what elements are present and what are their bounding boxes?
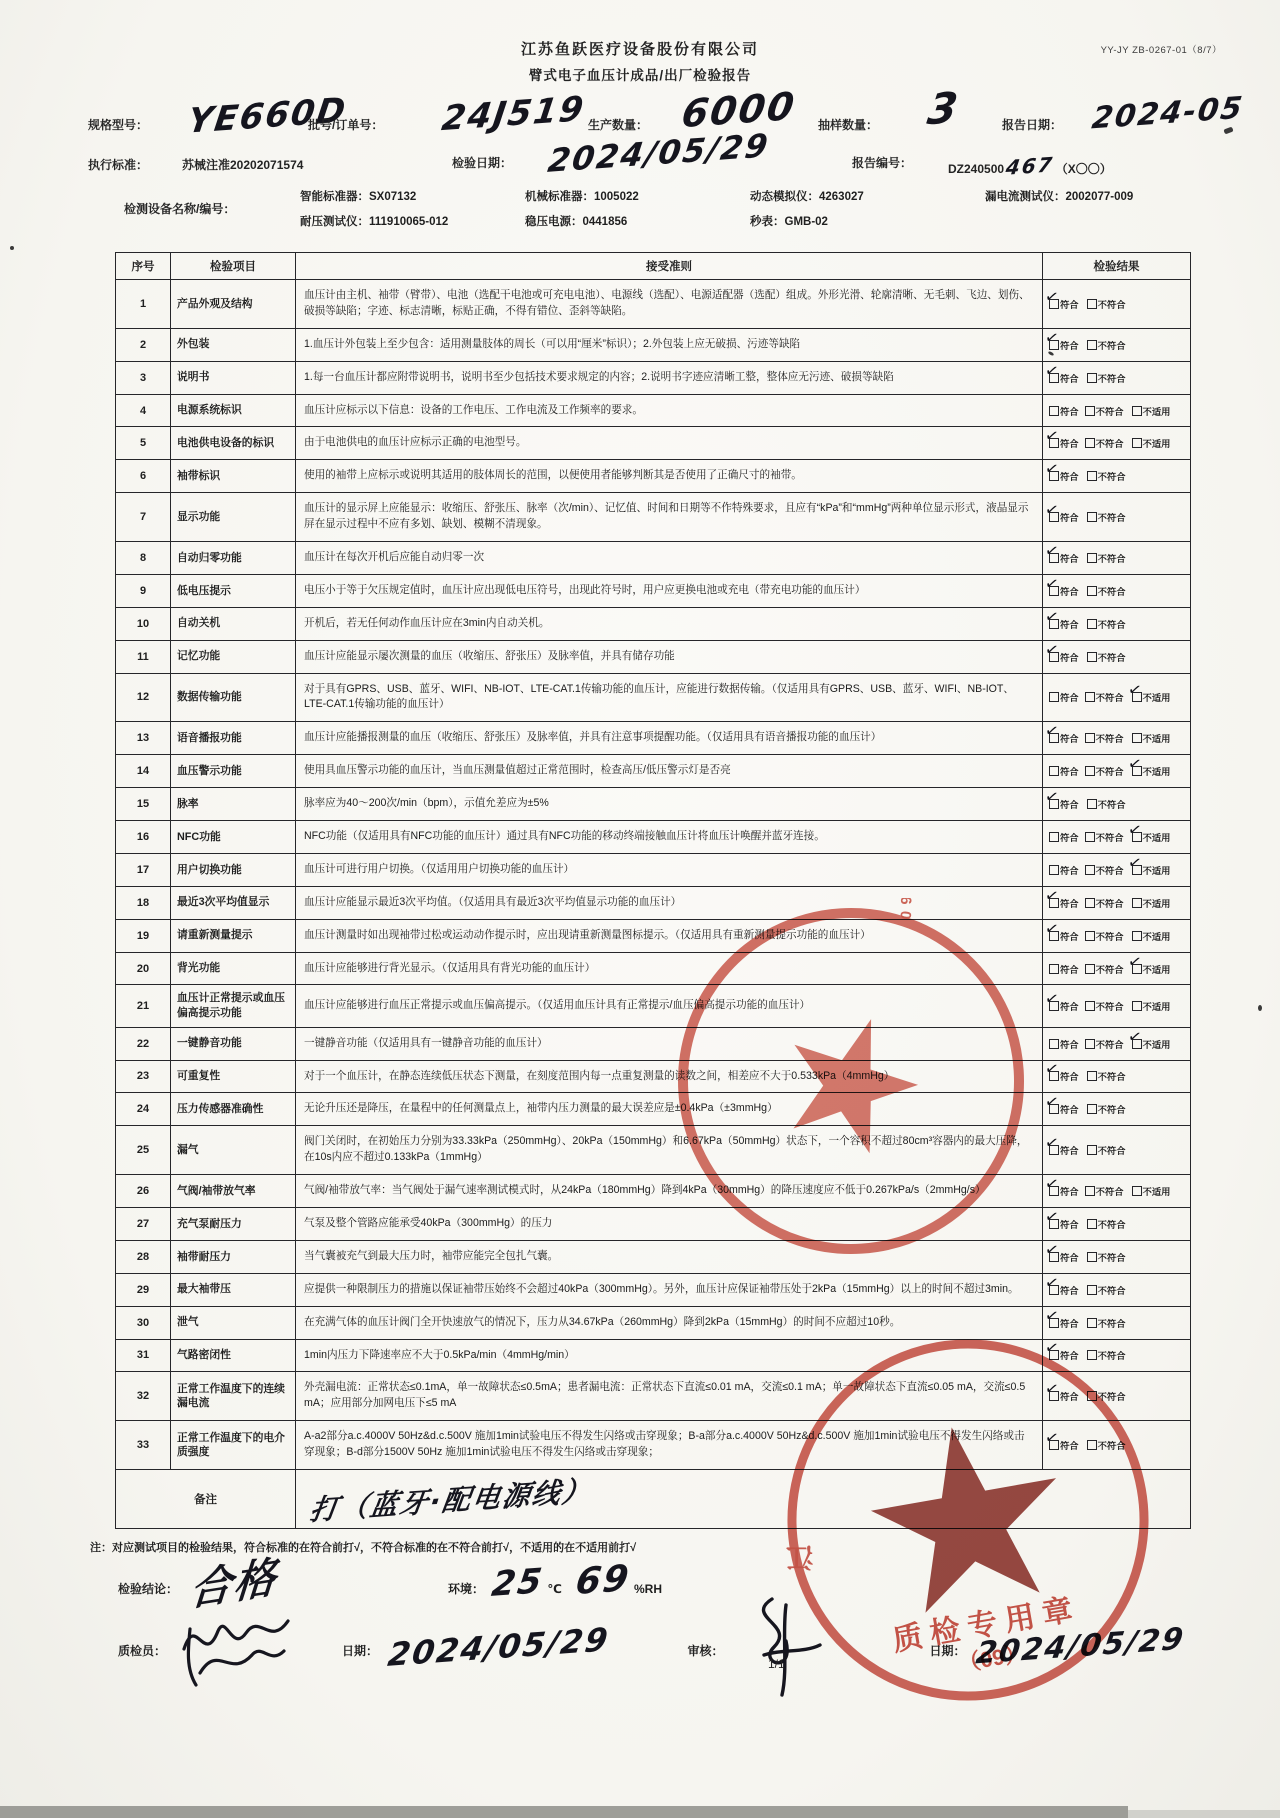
checkbox-box-icon[interactable] <box>1087 373 1097 383</box>
checkbox-符合[interactable]: ✓符合 <box>1049 1217 1079 1231</box>
checkbox-box-icon[interactable] <box>1085 832 1095 842</box>
checkbox-符合[interactable]: ✓符合 <box>1049 929 1079 943</box>
row-seq: 17 <box>116 853 171 886</box>
checkbox-box-icon[interactable] <box>1087 1104 1097 1114</box>
checkbox-不符合[interactable]: 不符合 <box>1085 1037 1124 1051</box>
header-seq: 序号 <box>116 253 171 280</box>
checkbox-不符合[interactable]: 不符合 <box>1087 338 1126 352</box>
checkbox-label: 不符合 <box>1098 371 1126 385</box>
checkbox-box-icon[interactable] <box>1085 898 1095 908</box>
equipment-item: 漏电流测试仪：2002077-009 <box>985 188 1133 204</box>
checkbox-label: 不符合 <box>1096 1184 1124 1198</box>
checkbox-label: 符合 <box>1060 1069 1079 1083</box>
qty-value: 6000 <box>682 88 796 132</box>
table-row: 32正常工作温度下的连续漏电流外壳漏电流：正常状态≤0.1mA，单一故障状态≤0… <box>116 1372 1191 1421</box>
equipment-item: 动态模拟仪：4263027 <box>750 188 985 204</box>
checkbox-符合[interactable]: ✓符合 <box>1049 896 1079 910</box>
checkbox-不符合[interactable]: 不符合 <box>1087 1069 1126 1083</box>
row-seq: 21 <box>116 985 171 1027</box>
checkbox-不适用[interactable]: 不适用 <box>1132 896 1171 910</box>
inspection-item: 压力传感器准确性 <box>171 1093 296 1126</box>
checkbox-label: 符合 <box>1060 404 1079 418</box>
checkbox-box-icon[interactable] <box>1087 471 1097 481</box>
row-seq: 27 <box>116 1207 171 1240</box>
checkbox-box-icon[interactable] <box>1132 1001 1142 1011</box>
report-title: 臂式电子血压计成品/出厂检验报告 <box>0 64 1280 84</box>
checkbox-不符合[interactable]: 不符合 <box>1087 1316 1126 1330</box>
checkbox-不适用[interactable]: 不适用 <box>1132 731 1171 745</box>
checkbox-不适用[interactable]: ✓不适用 <box>1132 764 1171 778</box>
checkbox-label: 不符合 <box>1098 797 1126 811</box>
checkbox-符合[interactable]: ✓符合 <box>1049 1348 1079 1362</box>
checkbox-label: 不适用 <box>1143 863 1171 877</box>
checkbox-box-icon[interactable] <box>1087 1219 1097 1229</box>
row-seq: 7 <box>116 493 171 542</box>
checkbox-符合[interactable]: ✓符合 <box>1049 1438 1079 1452</box>
checkbox-不符合[interactable]: 不符合 <box>1087 510 1126 524</box>
result-cell: ✓符合不符合 <box>1043 328 1191 361</box>
acceptance-criteria: 阀门关闭时，在初始压力分别为33.33kPa（250mmHg）、20kPa（15… <box>296 1126 1043 1175</box>
checkbox-label: 符合 <box>1060 650 1079 664</box>
row-seq: 28 <box>116 1240 171 1273</box>
checkbox-label: 不符合 <box>1098 338 1126 352</box>
table-row: 26气阀/袖带放气率气阀/袖带放气率：当气阀处于漏气速率测试模式时，从24kPa… <box>116 1175 1191 1208</box>
inspection-item: 血压警示功能 <box>171 755 296 788</box>
checkbox-label: 不符合 <box>1096 863 1124 877</box>
checkbox-不符合[interactable]: 不符合 <box>1085 731 1124 745</box>
checkbox-label: 不符合 <box>1096 1037 1124 1051</box>
checkbox-box-icon[interactable] <box>1087 619 1097 629</box>
checkbox-label: 不符合 <box>1098 584 1126 598</box>
checkbox-box-icon[interactable] <box>1132 438 1142 448</box>
inspection-item: 正常工作温度下的连续漏电流 <box>171 1372 296 1421</box>
checkbox-不符合[interactable]: 不符合 <box>1085 404 1124 418</box>
result-cell: ✓符合不符合不适用 <box>1043 427 1191 460</box>
inspection-item: 外包装 <box>171 328 296 361</box>
checkbox-box-icon[interactable] <box>1085 964 1095 974</box>
row-seq: 24 <box>116 1093 171 1126</box>
table-row: 14血压警示功能使用具血压警示功能的血压计，当血压测量值超过正常范围时，检查高压… <box>116 755 1191 788</box>
checkbox-label: 符合 <box>1060 1184 1079 1198</box>
checkbox-不符合[interactable]: 不符合 <box>1087 1389 1126 1403</box>
result-cell: ✓符合不符合 <box>1043 1093 1191 1126</box>
checkbox-label: 不适用 <box>1143 731 1171 745</box>
row-seq: 10 <box>116 607 171 640</box>
inspect-date-value: 2024/05/29 <box>548 134 770 172</box>
checkbox-box-icon[interactable] <box>1132 733 1142 743</box>
checkbox-box-icon[interactable] <box>1087 553 1097 563</box>
inspection-item: 说明书 <box>171 361 296 394</box>
checkbox-符合[interactable]: 符合 <box>1049 863 1079 877</box>
inspection-item: 袖带标识 <box>171 460 296 493</box>
checkbox-label: 符合 <box>1060 551 1079 565</box>
equipment-item: 稳压电源：0441856 <box>525 213 750 229</box>
result-cell: ✓符合不符合 <box>1043 1240 1191 1273</box>
checkbox-符合[interactable]: ✓符合 <box>1049 731 1079 745</box>
company-name: 江苏鱼跃医疗设备股份有限公司 <box>0 38 1280 59</box>
inspection-item: 数据传输功能 <box>171 673 296 722</box>
checkbox-符合[interactable]: ✓符合 <box>1049 297 1079 311</box>
page-number: 1/1 <box>768 1657 785 1671</box>
checkbox-box-icon[interactable] <box>1087 299 1097 309</box>
checkbox-label: 符合 <box>1060 929 1079 943</box>
checkbox-符合[interactable]: ✓符合 <box>1049 469 1079 483</box>
table-row: 1产品外观及结构血压计由主机、袖带（臂带）、电池（选配干电池或可充电电池）、电源… <box>116 280 1191 329</box>
acceptance-criteria: NFC功能（仅适用具有NFC功能的血压计）通过具有NFC功能的移动终端接触血压计… <box>296 821 1043 854</box>
inspection-item: 气路密闭性 <box>171 1339 296 1372</box>
inspection-item: 袖带耐压力 <box>171 1240 296 1273</box>
row-seq: 5 <box>116 427 171 460</box>
checkbox-box-icon[interactable] <box>1132 1186 1142 1196</box>
checkbox-box-icon[interactable] <box>1049 865 1059 875</box>
checkbox-box-icon[interactable] <box>1085 1186 1095 1196</box>
remark-value: 打（蓝牙·配电源线） <box>296 1469 1191 1528</box>
table-row: 29最大袖带压应提供一种限制压力的措施以保证袖带压始终不会超过40kPa（300… <box>116 1273 1191 1306</box>
checkbox-label: 不符合 <box>1098 1069 1126 1083</box>
inspection-item: 最近3次平均值显示 <box>171 886 296 919</box>
checkbox-不符合[interactable]: 不符合 <box>1085 690 1124 704</box>
result-cell: ✓符合不符合 <box>1043 607 1191 640</box>
table-row: 22一键静音功能一键静音功能（仅适用具有一键静音功能的血压计）符合不符合✓不适用 <box>116 1027 1191 1060</box>
checkbox-label: 符合 <box>1060 863 1079 877</box>
acceptance-criteria: 血压计由主机、袖带（臂带）、电池（选配干电池或可充电电池）、电源线（选配）、电源… <box>296 280 1043 329</box>
checkbox-符合[interactable]: ✓符合 <box>1049 584 1079 598</box>
checkbox-box-icon[interactable] <box>1132 898 1142 908</box>
row-seq: 19 <box>116 919 171 952</box>
row-seq: 31 <box>116 1339 171 1372</box>
checkbox-不符合[interactable]: 不符合 <box>1085 863 1124 877</box>
row-seq: 9 <box>116 574 171 607</box>
checkbox-不符合[interactable]: 不符合 <box>1087 1348 1126 1362</box>
checkbox-box-icon[interactable] <box>1049 766 1059 776</box>
acceptance-criteria: 应提供一种限制压力的措施以保证袖带压始终不会超过40kPa（300mmHg）。另… <box>296 1273 1043 1306</box>
review-label: 审核： <box>688 1642 724 1659</box>
acceptance-criteria: A-a2部分a.c.4000V 50Hz&d.c.500V 施加1min试验电压… <box>296 1421 1043 1470</box>
checkbox-box-icon[interactable] <box>1087 1285 1097 1295</box>
acceptance-criteria: 无论升压还是降压，在量程中的任何测量点上，袖带内压力测量的最大误差应是±0.4k… <box>296 1093 1043 1126</box>
result-cell: ✓符合不符合 <box>1043 1306 1191 1339</box>
checkbox-box-icon[interactable] <box>1087 1318 1097 1328</box>
checkbox-box-icon[interactable] <box>1087 652 1097 662</box>
checkbox-box-icon[interactable] <box>1085 406 1095 416</box>
acceptance-criteria: 气泵及整个管路应能承受40kPa（300mmHg）的压力 <box>296 1207 1043 1240</box>
checkbox-不符合[interactable]: 不符合 <box>1087 1438 1126 1452</box>
checkbox-label: 符合 <box>1060 764 1079 778</box>
checkbox-label: 符合 <box>1060 1283 1079 1297</box>
checkbox-label: 不符合 <box>1096 896 1124 910</box>
row-seq: 12 <box>116 673 171 722</box>
checkbox-label: 符合 <box>1060 797 1079 811</box>
checkbox-符合[interactable]: ✓符合 <box>1049 1389 1079 1403</box>
checkbox-不适用[interactable]: 不适用 <box>1132 404 1171 418</box>
result-cell: 符合不符合✓不适用 <box>1043 1027 1191 1060</box>
scan-edge-band <box>1128 1810 1280 1818</box>
checkbox-不适用[interactable]: ✓不适用 <box>1132 690 1171 704</box>
checkbox-box-icon[interactable] <box>1049 1039 1059 1049</box>
table-row: 30泄气在充满气体的血压计阀门全开快速放气的情况下，压力从34.67kPa（26… <box>116 1306 1191 1339</box>
checkbox-box-icon[interactable] <box>1087 340 1097 350</box>
checkbox-不适用[interactable]: 不适用 <box>1132 929 1171 943</box>
row-seq: 15 <box>116 788 171 821</box>
checkbox-符合[interactable]: ✓符合 <box>1049 551 1079 565</box>
checkbox-符合[interactable]: 符合 <box>1049 962 1079 976</box>
row-seq: 33 <box>116 1421 171 1470</box>
acceptance-criteria: 电压小于等于欠压规定值时，血压计应出现低电压符号，出现此符号时，用户应更换电池或… <box>296 574 1043 607</box>
inspection-table-body: 1产品外观及结构血压计由主机、袖带（臂带）、电池（选配干电池或可充电电池）、电源… <box>116 280 1191 1470</box>
inspection-item: 电池供电设备的标识 <box>171 427 296 460</box>
report-header: 江苏鱼跃医疗设备股份有限公司 臂式电子血压计成品/出厂检验报告 <box>0 0 1280 84</box>
checkbox-不符合[interactable]: 不符合 <box>1087 1143 1126 1157</box>
acceptance-criteria: 在充满气体的血压计阀门全开快速放气的情况下，压力从34.67kPa（260mmH… <box>296 1306 1043 1339</box>
inspection-item: 泄气 <box>171 1306 296 1339</box>
result-cell: ✓符合不符合 <box>1043 460 1191 493</box>
checkbox-box-icon[interactable] <box>1085 733 1095 743</box>
row-seq: 32 <box>116 1372 171 1421</box>
acceptance-criteria: 使用的袖带上应标示或说明其适用的肢体周长的范围，以便使用者能够判断其是否使用了正… <box>296 460 1043 493</box>
equipment-list: 智能标准器：SX07132 机械标准器：1005022 动态模拟仪：426302… <box>300 188 1133 238</box>
checkbox-label: 不符合 <box>1098 469 1126 483</box>
checkbox-box-icon[interactable] <box>1049 832 1059 842</box>
checkbox-不适用[interactable]: ✓不适用 <box>1132 1037 1171 1051</box>
checkbox-符合[interactable]: ✓符合 <box>1049 371 1079 385</box>
checkbox-box-icon[interactable] <box>1085 865 1095 875</box>
row-seq: 22 <box>116 1027 171 1060</box>
acceptance-criteria: 脉率应为40～200次/min（bpm），示值允差应为±5% <box>296 788 1043 821</box>
date1-value: 2024/05/29 <box>386 1620 612 1674</box>
table-row: 19请重新测量提示血压计测量时如出现袖带过松或运动动作提示时，应出现请重新测量图… <box>116 919 1191 952</box>
checkbox-不符合[interactable]: 不符合 <box>1087 617 1126 631</box>
checkbox-符合[interactable]: 符合 <box>1049 830 1079 844</box>
checkbox-符合[interactable]: ✓符合 <box>1049 510 1079 524</box>
checkbox-符合[interactable]: ✓符合 <box>1049 1283 1079 1297</box>
row-seq: 2 <box>116 328 171 361</box>
table-row: 12数据传输功能对于具有GPRS、USB、蓝牙、WIFI、NB-IOT、LTE-… <box>116 673 1191 722</box>
table-row: 21血压计正常提示或血压偏高提示功能血压计应能够进行血压正常提示或血压偏高提示。… <box>116 985 1191 1027</box>
result-cell: ✓符合不符合不适用 <box>1043 919 1191 952</box>
result-cell: 符合不符合✓不适用 <box>1043 952 1191 985</box>
report-no-value: DZ240500467（X〇〇） <box>948 154 1112 178</box>
checkbox-box-icon[interactable] <box>1087 1391 1097 1401</box>
table-row: 4电源系统标识血压计应标示以下信息：设备的工作电压、工作电流及工作频率的要求。符… <box>116 394 1191 427</box>
checkbox-不符合[interactable]: 不符合 <box>1087 797 1126 811</box>
report-no-label: 报告编号： <box>852 154 912 171</box>
checkbox-不符合[interactable]: 不符合 <box>1087 584 1126 598</box>
checkbox-label: 符合 <box>1060 297 1079 311</box>
result-cell: ✓符合不符合 <box>1043 1273 1191 1306</box>
checkbox-label: 不符合 <box>1096 436 1124 450</box>
checkbox-不适用[interactable]: ✓不适用 <box>1132 962 1171 976</box>
meta-section: 规格型号： YE660D 批号/订单号： 24J519 生产数量： 6000 抽… <box>0 88 1280 246</box>
checkbox-不符合[interactable]: 不符合 <box>1087 371 1126 385</box>
result-cell: ✓符合不符合 <box>1043 493 1191 542</box>
checkbox-label: 不适用 <box>1143 1037 1171 1051</box>
row-seq: 14 <box>116 755 171 788</box>
checkbox-box-icon[interactable] <box>1085 766 1095 776</box>
checkbox-不适用[interactable]: ✓不适用 <box>1132 830 1171 844</box>
result-cell: 符合不符合不适用 <box>1043 394 1191 427</box>
inspection-item: 脉率 <box>171 788 296 821</box>
checkbox-不适用[interactable]: 不适用 <box>1132 436 1171 450</box>
checkbox-box-icon[interactable] <box>1132 406 1142 416</box>
checkbox-box-icon[interactable] <box>1085 692 1095 702</box>
inspection-item: NFC功能 <box>171 821 296 854</box>
checkbox-不符合[interactable]: 不符合 <box>1085 896 1124 910</box>
inspection-item: 可重复性 <box>171 1060 296 1093</box>
checkbox-label: 不符合 <box>1098 1143 1126 1157</box>
result-cell: ✓符合不符合 <box>1043 1339 1191 1372</box>
checkbox-box-icon[interactable] <box>1132 931 1142 941</box>
inspection-item: 最大袖带压 <box>171 1273 296 1306</box>
standard-value: 苏械注准20202071574 <box>182 156 303 173</box>
checkbox-label: 不符合 <box>1098 510 1126 524</box>
checkbox-不符合[interactable]: 不符合 <box>1087 650 1126 664</box>
checkbox-box-icon[interactable] <box>1087 1350 1097 1360</box>
checkbox-label: 不适用 <box>1143 830 1171 844</box>
checkbox-label: 符合 <box>1060 371 1079 385</box>
checkbox-不符合[interactable]: 不符合 <box>1085 962 1124 976</box>
inspection-item: 正常工作温度下的电介质强度 <box>171 1421 296 1470</box>
checkbox-不符合[interactable]: 不符合 <box>1087 551 1126 565</box>
table-row: 33正常工作温度下的电介质强度A-a2部分a.c.4000V 50Hz&d.c.… <box>116 1421 1191 1470</box>
env-temp-unit: ℃ <box>547 1582 562 1596</box>
env-temp-value: 25 <box>489 1561 546 1605</box>
table-row: 2外包装1.血压计外包装上至少包含：适用测量肢体的周长（可以用“厘米”标识）；2… <box>116 328 1191 361</box>
checkbox-符合[interactable]: ✓符合 <box>1049 436 1079 450</box>
spec-label: 规格型号： <box>88 116 148 133</box>
checkbox-label: 不适用 <box>1143 436 1171 450</box>
result-cell: ✓符合不符合 <box>1043 788 1191 821</box>
checkbox-box-icon[interactable] <box>1087 799 1097 809</box>
table-row: 25漏气阀门关闭时，在初始压力分别为33.33kPa（250mmHg）、20kP… <box>116 1126 1191 1175</box>
checkbox-box-icon[interactable] <box>1087 1252 1097 1262</box>
checkbox-不符合[interactable]: 不符合 <box>1085 764 1124 778</box>
checkbox-不符合[interactable]: 不符合 <box>1085 830 1124 844</box>
checkbox-box-icon[interactable] <box>1087 1145 1097 1155</box>
checkbox-不符合[interactable]: 不符合 <box>1087 469 1126 483</box>
checkbox-不符合[interactable]: 不符合 <box>1087 297 1126 311</box>
header-result: 检验结果 <box>1043 253 1191 280</box>
row-seq: 3 <box>116 361 171 394</box>
checkbox-box-icon[interactable] <box>1087 512 1097 522</box>
checkbox-不符合[interactable]: 不符合 <box>1087 1102 1126 1116</box>
acceptance-criteria: 血压计应能显示最近3次平均值。（仅适用具有最近3次平均值显示功能的血压计） <box>296 886 1043 919</box>
row-seq: 23 <box>116 1060 171 1093</box>
checkbox-label: 符合 <box>1060 962 1079 976</box>
checkbox-box-icon[interactable] <box>1085 438 1095 448</box>
acceptance-criteria: 当气囊被充气到最大压力时，袖带应能完全包扎气囊。 <box>296 1240 1043 1273</box>
checkbox-符合[interactable]: ✓符合 <box>1049 338 1079 352</box>
table-row: 9低电压提示电压小于等于欠压规定值时，血压计应出现低电压符号，出现此符号时，用户… <box>116 574 1191 607</box>
checkbox-符合[interactable]: ✓符合 <box>1049 1184 1079 1198</box>
checkbox-label: 不符合 <box>1098 1316 1126 1330</box>
acceptance-criteria: 使用具血压警示功能的血压计，当血压测量值超过正常范围时，检查高压/低压警示灯是否… <box>296 755 1043 788</box>
checkbox-符合[interactable]: ✓符合 <box>1049 1069 1079 1083</box>
checkbox-不适用[interactable]: 不适用 <box>1132 1184 1171 1198</box>
table-row: 17用户切换功能血压计可进行用户切换。（仅适用用户切换功能的血压计）符合不符合✓… <box>116 853 1191 886</box>
sample-value: 3 <box>928 84 959 133</box>
checkbox-不符合[interactable]: 不符合 <box>1087 1283 1126 1297</box>
conclusion-label: 检验结论： <box>118 1580 178 1597</box>
table-row: 6袖带标识使用的袖带上应标示或说明其适用的肢体周长的范围，以便使用者能够判断其是… <box>116 460 1191 493</box>
table-row: 24压力传感器准确性无论升压还是降压，在量程中的任何测量点上，袖带内压力测量的最… <box>116 1093 1191 1126</box>
checkbox-不适用[interactable]: ✓不适用 <box>1132 863 1171 877</box>
checkbox-符合[interactable]: ✓符合 <box>1049 1143 1079 1157</box>
checkbox-label: 符合 <box>1060 1438 1079 1452</box>
checkbox-label: 不符合 <box>1098 1102 1126 1116</box>
scan-artifact <box>10 246 14 250</box>
checkbox-不符合[interactable]: 不符合 <box>1085 929 1124 943</box>
checkbox-box-icon[interactable] <box>1087 1071 1097 1081</box>
checkbox-box-icon[interactable] <box>1087 1440 1097 1450</box>
checkbox-符合[interactable]: 符合 <box>1049 690 1079 704</box>
checkbox-label: 不符合 <box>1096 764 1124 778</box>
checkbox-符合[interactable]: 符合 <box>1049 404 1079 418</box>
checkbox-label: 不适用 <box>1143 404 1171 418</box>
checkbox-符合[interactable]: ✓符合 <box>1049 1102 1079 1116</box>
checkbox-符合[interactable]: ✓符合 <box>1049 797 1079 811</box>
report-date-value: 2024-05 <box>1092 96 1244 131</box>
checkbox-符合[interactable]: ✓符合 <box>1049 1316 1079 1330</box>
checkbox-label: 不适用 <box>1143 999 1171 1013</box>
acceptance-criteria: 对于一个血压计，在静态连续低压状态下测量，在刻度范围内每一点重复测量的读数之间，… <box>296 1060 1043 1093</box>
checkbox-不符合[interactable]: 不符合 <box>1087 1250 1126 1264</box>
checkbox-label: 符合 <box>1060 584 1079 598</box>
result-cell: ✓符合不符合不适用 <box>1043 722 1191 755</box>
acceptance-criteria: 外壳漏电流：正常状态≤0.1mA，单一故障状态≤0.5mA；患者漏电流：正常状态… <box>296 1372 1043 1421</box>
inspector-label: 质检员： <box>118 1642 166 1659</box>
table-row: 27充气泵耐压力气泵及整个管路应能承受40kPa（300mmHg）的压力✓符合不… <box>116 1207 1191 1240</box>
checkbox-box-icon[interactable] <box>1049 692 1059 702</box>
table-row: 20背光功能血压计应能够进行背光显示。（仅适用具有背光功能的血压计）符合不符合✓… <box>116 952 1191 985</box>
document-code: YY-JY ZB-0267-01（8/7） <box>1101 42 1222 56</box>
checkbox-box-icon[interactable] <box>1087 586 1097 596</box>
table-row: 3说明书1.每一台血压计都应附带说明书，说明书至少包括技术要求规定的内容；2.说… <box>116 361 1191 394</box>
checkbox-label: 不符合 <box>1098 650 1126 664</box>
env-rh-unit: %RH <box>634 1582 662 1596</box>
checkbox-label: 不符合 <box>1098 551 1126 565</box>
qty-label: 生产数量： <box>588 116 648 133</box>
inspection-item: 漏气 <box>171 1126 296 1175</box>
checkbox-box-icon[interactable] <box>1049 406 1059 416</box>
checkbox-不符合[interactable]: 不符合 <box>1085 1184 1124 1198</box>
checkbox-符合[interactable]: ✓符合 <box>1049 617 1079 631</box>
checkbox-不符合[interactable]: 不符合 <box>1085 999 1124 1013</box>
checkbox-box-icon[interactable] <box>1085 931 1095 941</box>
result-cell: ✓符合不符合 <box>1043 1060 1191 1093</box>
checkbox-不符合[interactable]: 不符合 <box>1085 436 1124 450</box>
inspection-item: 显示功能 <box>171 493 296 542</box>
acceptance-criteria: 开机后，若无任何动作血压计应在3min内自动关机。 <box>296 607 1043 640</box>
result-cell: 符合不符合✓不适用 <box>1043 853 1191 886</box>
checkbox-box-icon[interactable] <box>1085 1001 1095 1011</box>
checkbox-符合[interactable]: ✓符合 <box>1049 650 1079 664</box>
checkbox-符合[interactable]: ✓符合 <box>1049 1250 1079 1264</box>
batch-value: 24J519 <box>442 94 585 134</box>
inspection-item: 请重新测量提示 <box>171 919 296 952</box>
checkbox-label: 不符合 <box>1098 1217 1126 1231</box>
acceptance-criteria: 血压计的显示屏上应能显示：收缩压、舒张压、脉率（次/min）、记忆值、时间和日期… <box>296 493 1043 542</box>
checkbox-label: 符合 <box>1060 830 1079 844</box>
checkbox-符合[interactable]: 符合 <box>1049 764 1079 778</box>
checkbox-label: 不符合 <box>1098 1250 1126 1264</box>
checkbox-不符合[interactable]: 不符合 <box>1087 1217 1126 1231</box>
result-cell: ✓符合不符合 <box>1043 1372 1191 1421</box>
checkbox-符合[interactable]: ✓符合 <box>1049 999 1079 1013</box>
checkbox-box-icon[interactable] <box>1085 1039 1095 1049</box>
checkbox-box-icon[interactable] <box>1049 964 1059 974</box>
checkbox-符合[interactable]: 符合 <box>1049 1037 1079 1051</box>
checkbox-不适用[interactable]: 不适用 <box>1132 999 1171 1013</box>
